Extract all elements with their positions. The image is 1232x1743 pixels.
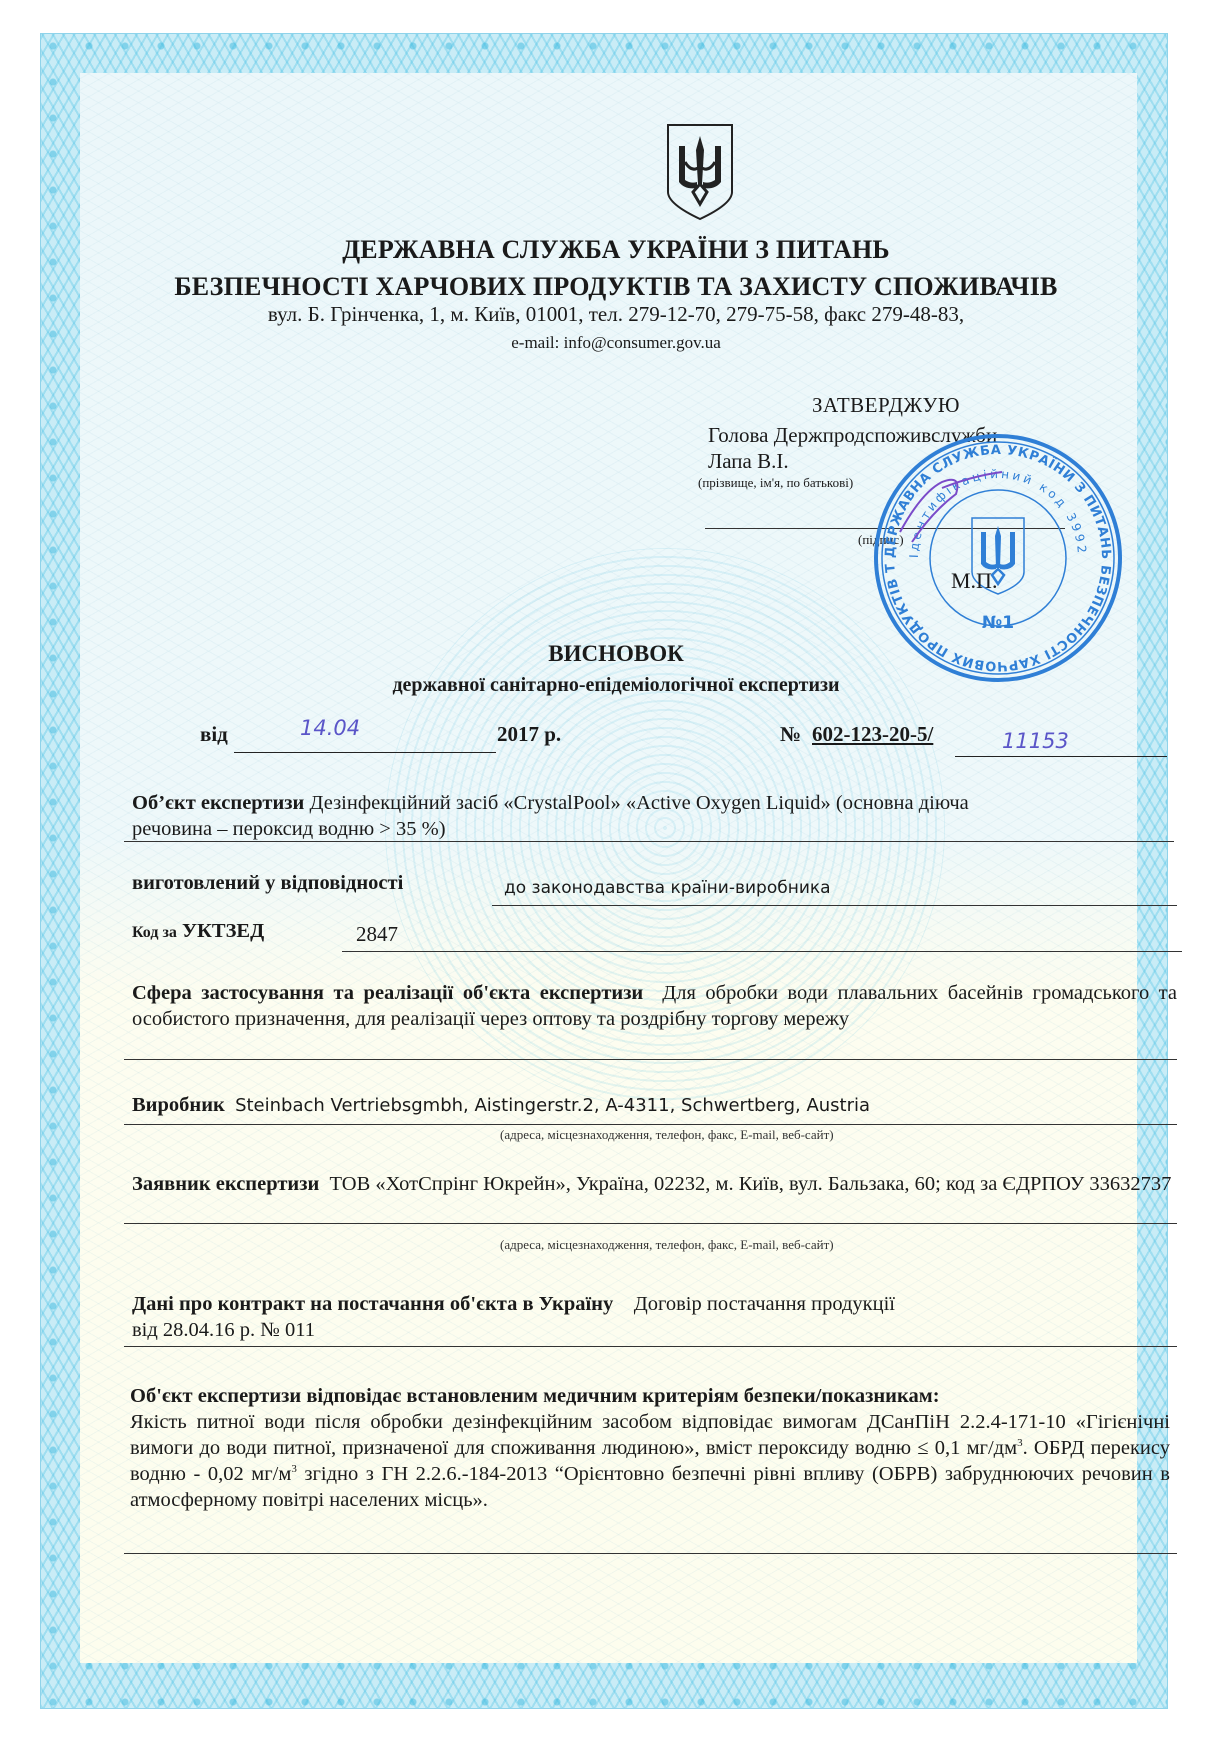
- manufacturer-section: Виробник Steinbach Vertriebsgmbh, Aistin…: [132, 1092, 1177, 1119]
- divider: [342, 951, 1182, 952]
- contract-value-line1: Договір постачання продукції: [634, 1293, 895, 1315]
- applicant-label: Заявник експертизи: [132, 1173, 319, 1195]
- contract-label: Дані про контракт на постачання об'єкта …: [132, 1293, 613, 1315]
- divider: [124, 1346, 1177, 1347]
- divider: [124, 1124, 1177, 1125]
- criteria-text-part1: Якість питної води після обробки дезінфе…: [130, 1411, 1170, 1459]
- org-address: вул. Б. Грінченка, 1, м. Київ, 01001, те…: [0, 302, 1232, 327]
- date-year: 2017 р.: [497, 722, 561, 747]
- code-section: Код за УКТЗЕД: [132, 918, 1177, 946]
- document-subtitle: державної санітарно-епідеміологічної екс…: [0, 674, 1232, 697]
- divider: [124, 1553, 1177, 1554]
- divider: [124, 1223, 1177, 1224]
- approve-label: ЗАТВЕРДЖУЮ: [812, 393, 960, 418]
- made-label: виготовлений у відповідності: [132, 872, 403, 894]
- criteria-label: Об'єкт експертизи відповідає встановлени…: [130, 1385, 940, 1407]
- manufacturer-hint: (адреса, місцезнаходження, телефон, факс…: [500, 1127, 834, 1143]
- org-title-line2: БЕЗПЕЧНОСТІ ХАРЧОВИХ ПРОДУКТІВ ТА ЗАХИСТ…: [0, 272, 1232, 302]
- date-handwritten: 14.04: [300, 716, 360, 740]
- object-value-line1: Дезінфекційний засіб «CrystalPool» «Acti…: [309, 792, 968, 814]
- org-email: e-mail: info@consumer.gov.ua: [0, 333, 1232, 353]
- applicant-section: Заявник експертизи ТОВ «ХотСпрінг Юкрейн…: [132, 1171, 1177, 1197]
- code-label-prefix: Код за: [132, 924, 177, 941]
- divider: [124, 1059, 1177, 1060]
- object-value-line2: речовина – пероксид водню > 35 %): [132, 818, 446, 840]
- seal-place-label: М.П.: [951, 568, 997, 594]
- approver-name: Лапа В.І.: [708, 449, 789, 474]
- divider: [492, 905, 1177, 906]
- code-label: УКТЗЕД: [182, 920, 264, 942]
- divider: [124, 841, 1174, 842]
- date-fill-line: [234, 752, 496, 753]
- trident-coat-of-arms-icon: [665, 122, 735, 222]
- scope-label: Сфера застосування та реалізації об'єкта…: [132, 982, 643, 1004]
- code-value: 2847: [356, 922, 398, 947]
- number-handwritten: 11153: [1002, 729, 1069, 753]
- scope-section: Сфера застосування та реалізації об'єкта…: [132, 980, 1177, 1032]
- number-printed: 602-123-20-5/: [812, 722, 933, 747]
- contract-value-line2: від 28.04.16 р. № 011: [132, 1319, 315, 1341]
- criteria-section: Об'єкт експертизи відповідає встановлени…: [130, 1383, 1170, 1513]
- made-value: до законодавства країни-виробника: [504, 878, 831, 898]
- number-prefix: №: [780, 722, 801, 747]
- stamp-number: №1: [982, 613, 1014, 633]
- applicant-hint: (адреса, місцезнаходження, телефон, факс…: [500, 1237, 834, 1253]
- contract-section: Дані про контракт на постачання об'єкта …: [132, 1291, 1177, 1343]
- manufacturer-label: Виробник: [132, 1094, 225, 1116]
- object-section: Об’єкт експертизи Дезінфекційний засіб «…: [132, 790, 1177, 842]
- document-title: ВИСНОВОК: [0, 641, 1232, 667]
- number-fill-line: [955, 756, 1167, 757]
- object-label: Об’єкт експертизи: [132, 792, 304, 814]
- approver-name-note: (прізвище, ім'я, по батькові): [698, 475, 853, 491]
- org-title-line1: ДЕРЖАВНА СЛУЖБА УКРАЇНИ З ПИТАНЬ: [0, 235, 1232, 265]
- manufacturer-value: Steinbach Vertriebsgmbh, Aistingerstr.2,…: [235, 1095, 870, 1116]
- date-prefix: від: [200, 722, 228, 747]
- applicant-value: ТОВ «ХотСпрінг Юкрейн», Україна, 02232, …: [330, 1173, 1172, 1195]
